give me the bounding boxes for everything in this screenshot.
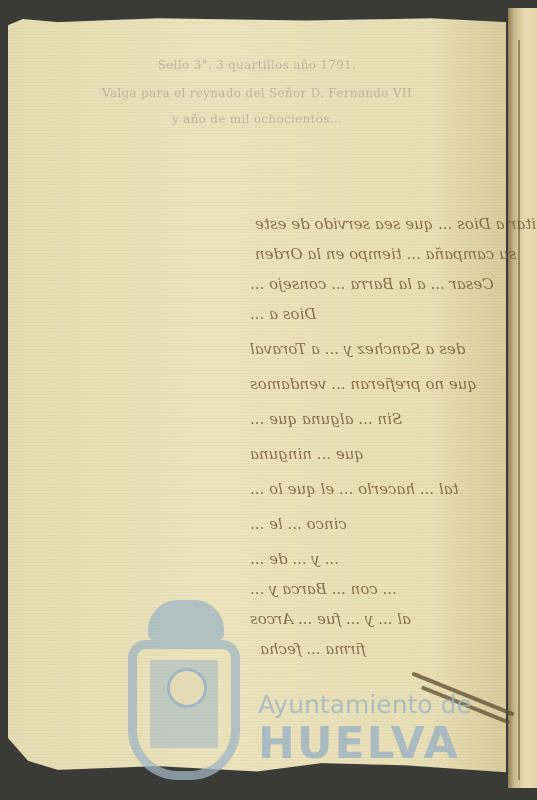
binding-edge	[518, 40, 520, 780]
stamp-header-line-3: y año de mil ochocientos...	[8, 112, 506, 126]
handwriting-line: cinco ... le ...	[250, 515, 347, 533]
watermark-crown-icon	[148, 600, 224, 640]
adjacent-page-edge	[508, 8, 537, 788]
handwriting-line: tal ... hacerlo ... el que lo ...	[250, 480, 459, 498]
handwriting-line: Dios a ...	[250, 305, 316, 323]
handwriting-line: al ... y ... fue ... Arcos	[250, 610, 411, 628]
stamp-header-line-2: Valga para el reynado del Señor D. Ferna…	[8, 86, 506, 100]
handwriting-line: firma ... fecha	[260, 640, 366, 658]
watermark-text-ayuntamiento: Ayuntamiento de	[258, 690, 472, 719]
handwriting-line: quitar a Dios ... que sea servido de est…	[255, 215, 537, 233]
stamp-header-line-1: Sello 3°. 3 quartillos año 1791.	[8, 58, 506, 72]
watermark-tree-icon	[167, 668, 207, 708]
handwriting-line: Sin ... alguna que ...	[250, 410, 402, 428]
watermark-text-huelva: HUELVA	[258, 718, 460, 769]
handwriting-line: su campaña ... tiempo en la Orden	[255, 245, 516, 263]
handwriting-line: ... y ... de ...	[250, 550, 339, 568]
handwriting-line: que ... ninguna	[250, 445, 364, 463]
handwriting-line: des a Sanchez y ... a Toraval	[250, 340, 465, 358]
handwriting-line: ... con ... Barca y ...	[250, 580, 397, 598]
handwriting-line: que no prefieran ... vendamos	[250, 375, 477, 393]
manuscript-page: Sello 3°. 3 quartillos año 1791. Valga p…	[8, 16, 506, 776]
handwriting-line: Cesar ... a la Barra ... consejo ...	[250, 275, 494, 293]
